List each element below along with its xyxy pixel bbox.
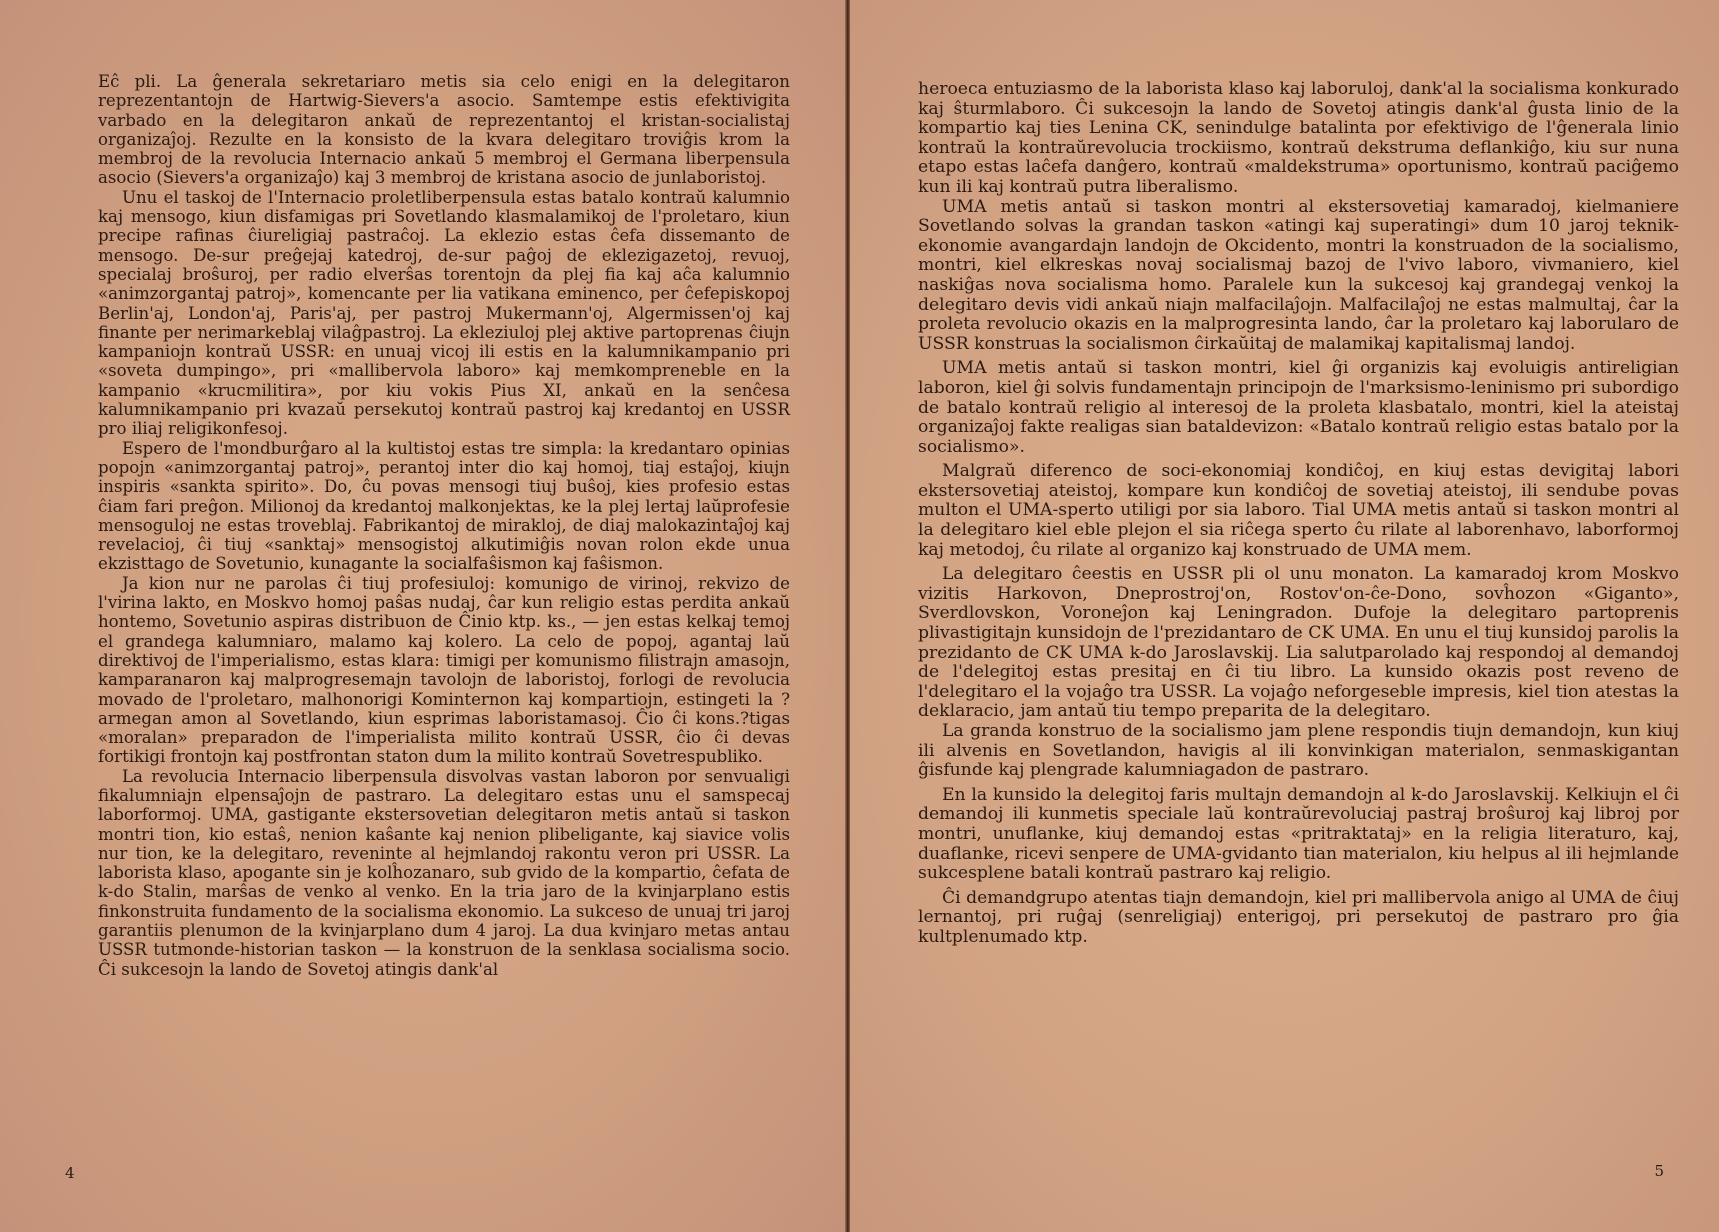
page-number: 4 (65, 1164, 75, 1182)
right-page-text: heroeca entuziasmo de la laborista klaso… (918, 80, 1679, 948)
paragraph: La granda konstruo de la socialismo jam … (918, 722, 1679, 781)
paragraph: UMA metis antaŭ si taskon montri al ekst… (918, 198, 1679, 355)
paragraph: La revolucia Internacio liberpensula dis… (98, 767, 790, 979)
paragraph: Unu el taskoj de l'Internacio proletlibe… (98, 188, 790, 439)
paragraph: Ja kion nur ne parolas ĉi tiuj profesiul… (98, 574, 790, 767)
left-page-text: Eĉ pli. La ĝenerala sekretariaro metis s… (98, 72, 790, 979)
paragraph: Eĉ pli. La ĝenerala sekretariaro metis s… (98, 72, 790, 188)
left-page: Eĉ pli. La ĝenerala sekretariaro metis s… (0, 0, 850, 1232)
page-number: 5 (1654, 1162, 1664, 1180)
paragraph: Espero de l'mondburĝaro al la kultistoj … (98, 439, 790, 574)
paragraph: heroeca entuziasmo de la laborista klaso… (918, 80, 1679, 198)
paragraph: En la kunsido la delegitoj faris multajn… (918, 786, 1679, 884)
paragraph: Ĉi demandgrupo atentas tiajn demandojn, … (918, 889, 1679, 948)
right-page: heroeca entuziasmo de la laborista klaso… (850, 0, 1719, 1232)
paragraph: UMA metis antaŭ si taskon montri, kiel ĝ… (918, 359, 1679, 457)
paragraph: Malgraŭ diferenco de soci-ekonomiaj kond… (918, 462, 1679, 560)
paragraph: La delegitaro ĉeestis en USSR pli ol unu… (918, 565, 1679, 722)
book-spread: Eĉ pli. La ĝenerala sekretariaro metis s… (0, 0, 1719, 1232)
